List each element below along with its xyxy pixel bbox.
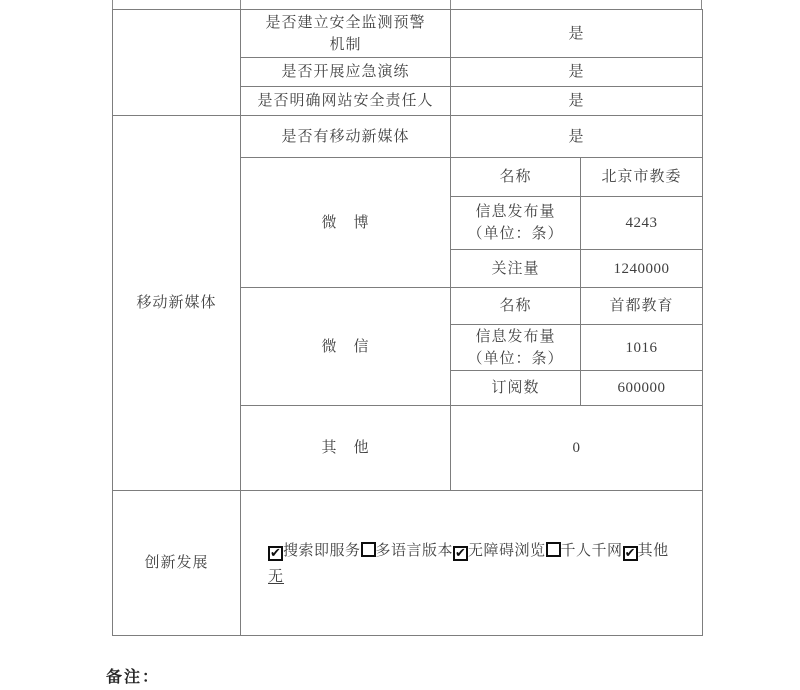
wechat-posts-value: 1016	[581, 325, 703, 371]
remarks-label: 备注：	[106, 664, 160, 687]
answer-security-warning-mechanism: 是	[451, 10, 703, 58]
question-security-responsible-person: 是否明确网站安全责任人	[241, 87, 451, 116]
label-line: 信息发布量	[475, 204, 555, 220]
category-innovation: 创新发展	[113, 491, 241, 636]
question-emergency-drill: 是否开展应急演练	[241, 58, 451, 87]
platform-wechat: 微 信	[241, 288, 451, 406]
wechat-name-value: 首都教育	[581, 288, 703, 325]
question-has-mobile-media: 是否有移动新媒体	[241, 116, 451, 158]
answer-emergency-drill: 是	[451, 58, 703, 87]
checkbox-label-multilingual-version: 多语言版本	[376, 543, 454, 559]
answer-security-responsible-person: 是	[451, 87, 703, 116]
weibo-name-label: 名称	[451, 158, 581, 197]
weibo-name-value: 北京市教委	[581, 158, 703, 197]
annual-report-table: 是否建立安全监测预警机制 是 是否开展应急演练 是 是否明确网站安全责任人 是 …	[112, 9, 703, 636]
category-cell-empty	[113, 10, 241, 116]
checkbox-label-other: 其他	[638, 543, 669, 559]
weibo-posts-label: 信息发布量（单位：条）	[451, 197, 581, 250]
checkbox-other[interactable]: ✔	[623, 546, 638, 561]
innovation-options-line: ✔搜索即服务多语言版本✔无障碍浏览千人千网✔其他	[268, 539, 702, 563]
checkbox-search-as-service[interactable]: ✔	[268, 546, 283, 561]
platform-other: 其 他	[241, 406, 451, 491]
checkbox-thousand-networks[interactable]	[546, 542, 561, 557]
platform-other-value: 0	[451, 406, 703, 491]
answer-has-mobile-media: 是	[451, 116, 703, 158]
document-page: 是否建立安全监测预警机制 是 是否开展应急演练 是 是否明确网站安全责任人 是 …	[0, 0, 800, 690]
innovation-cell: ✔搜索即服务多语言版本✔无障碍浏览千人千网✔其他 无	[241, 491, 703, 636]
category-mobile-media: 移动新媒体	[113, 116, 241, 491]
label-line: 信息发布量	[475, 329, 555, 345]
checkbox-label-accessible-browsing: 无障碍浏览	[468, 543, 546, 559]
platform-weibo: 微 博	[241, 158, 451, 288]
wechat-name-label: 名称	[451, 288, 581, 325]
question-security-warning-mechanism: 是否建立安全监测预警机制	[241, 10, 451, 58]
checkbox-label-search-as-service: 搜索即服务	[283, 543, 361, 559]
weibo-posts-value: 4243	[581, 197, 703, 250]
label-line: （单位：条）	[467, 351, 563, 367]
label-line: （单位：条）	[467, 226, 563, 242]
checkbox-accessible-browsing[interactable]: ✔	[453, 546, 468, 561]
weibo-followers-value: 1240000	[581, 250, 703, 288]
wechat-subscribers-value: 600000	[581, 371, 703, 406]
checkbox-label-thousand-networks: 千人千网	[561, 543, 623, 559]
wechat-subscribers-label: 订阅数	[451, 371, 581, 406]
innovation-other-note: 无	[268, 566, 702, 588]
checkbox-multilingual-version[interactable]	[361, 542, 376, 557]
wechat-posts-label: 信息发布量（单位：条）	[451, 325, 581, 371]
weibo-followers-label: 关注量	[451, 250, 581, 288]
question-line: 机制	[329, 37, 361, 53]
question-line: 是否建立安全监测预警	[265, 15, 425, 31]
